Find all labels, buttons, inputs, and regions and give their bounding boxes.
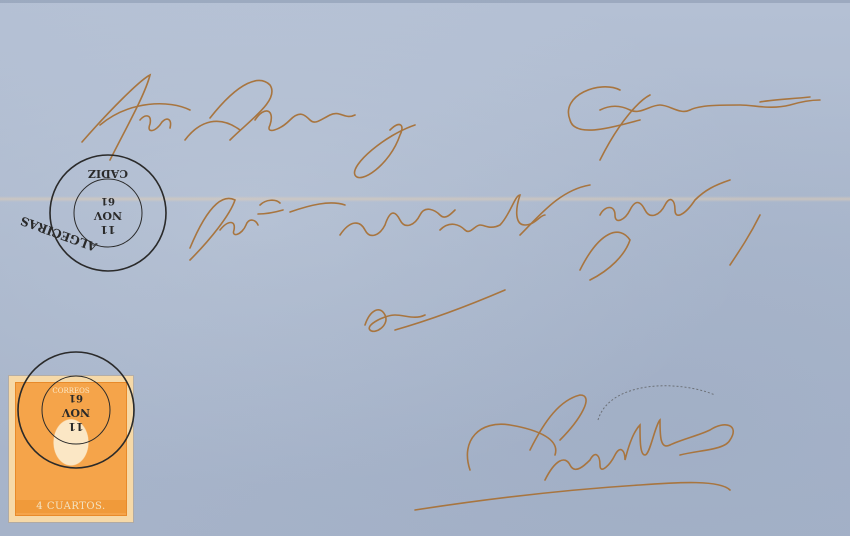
letter-cover: Sres. Pickman y Compañía fab.ca de loza …: [0, 0, 850, 536]
svg-text:61: 61: [69, 392, 83, 403]
postmark-2: 11 NOV 61: [0, 0, 850, 536]
svg-text:NOV: NOV: [62, 406, 90, 419]
svg-text:11: 11: [68, 420, 83, 433]
